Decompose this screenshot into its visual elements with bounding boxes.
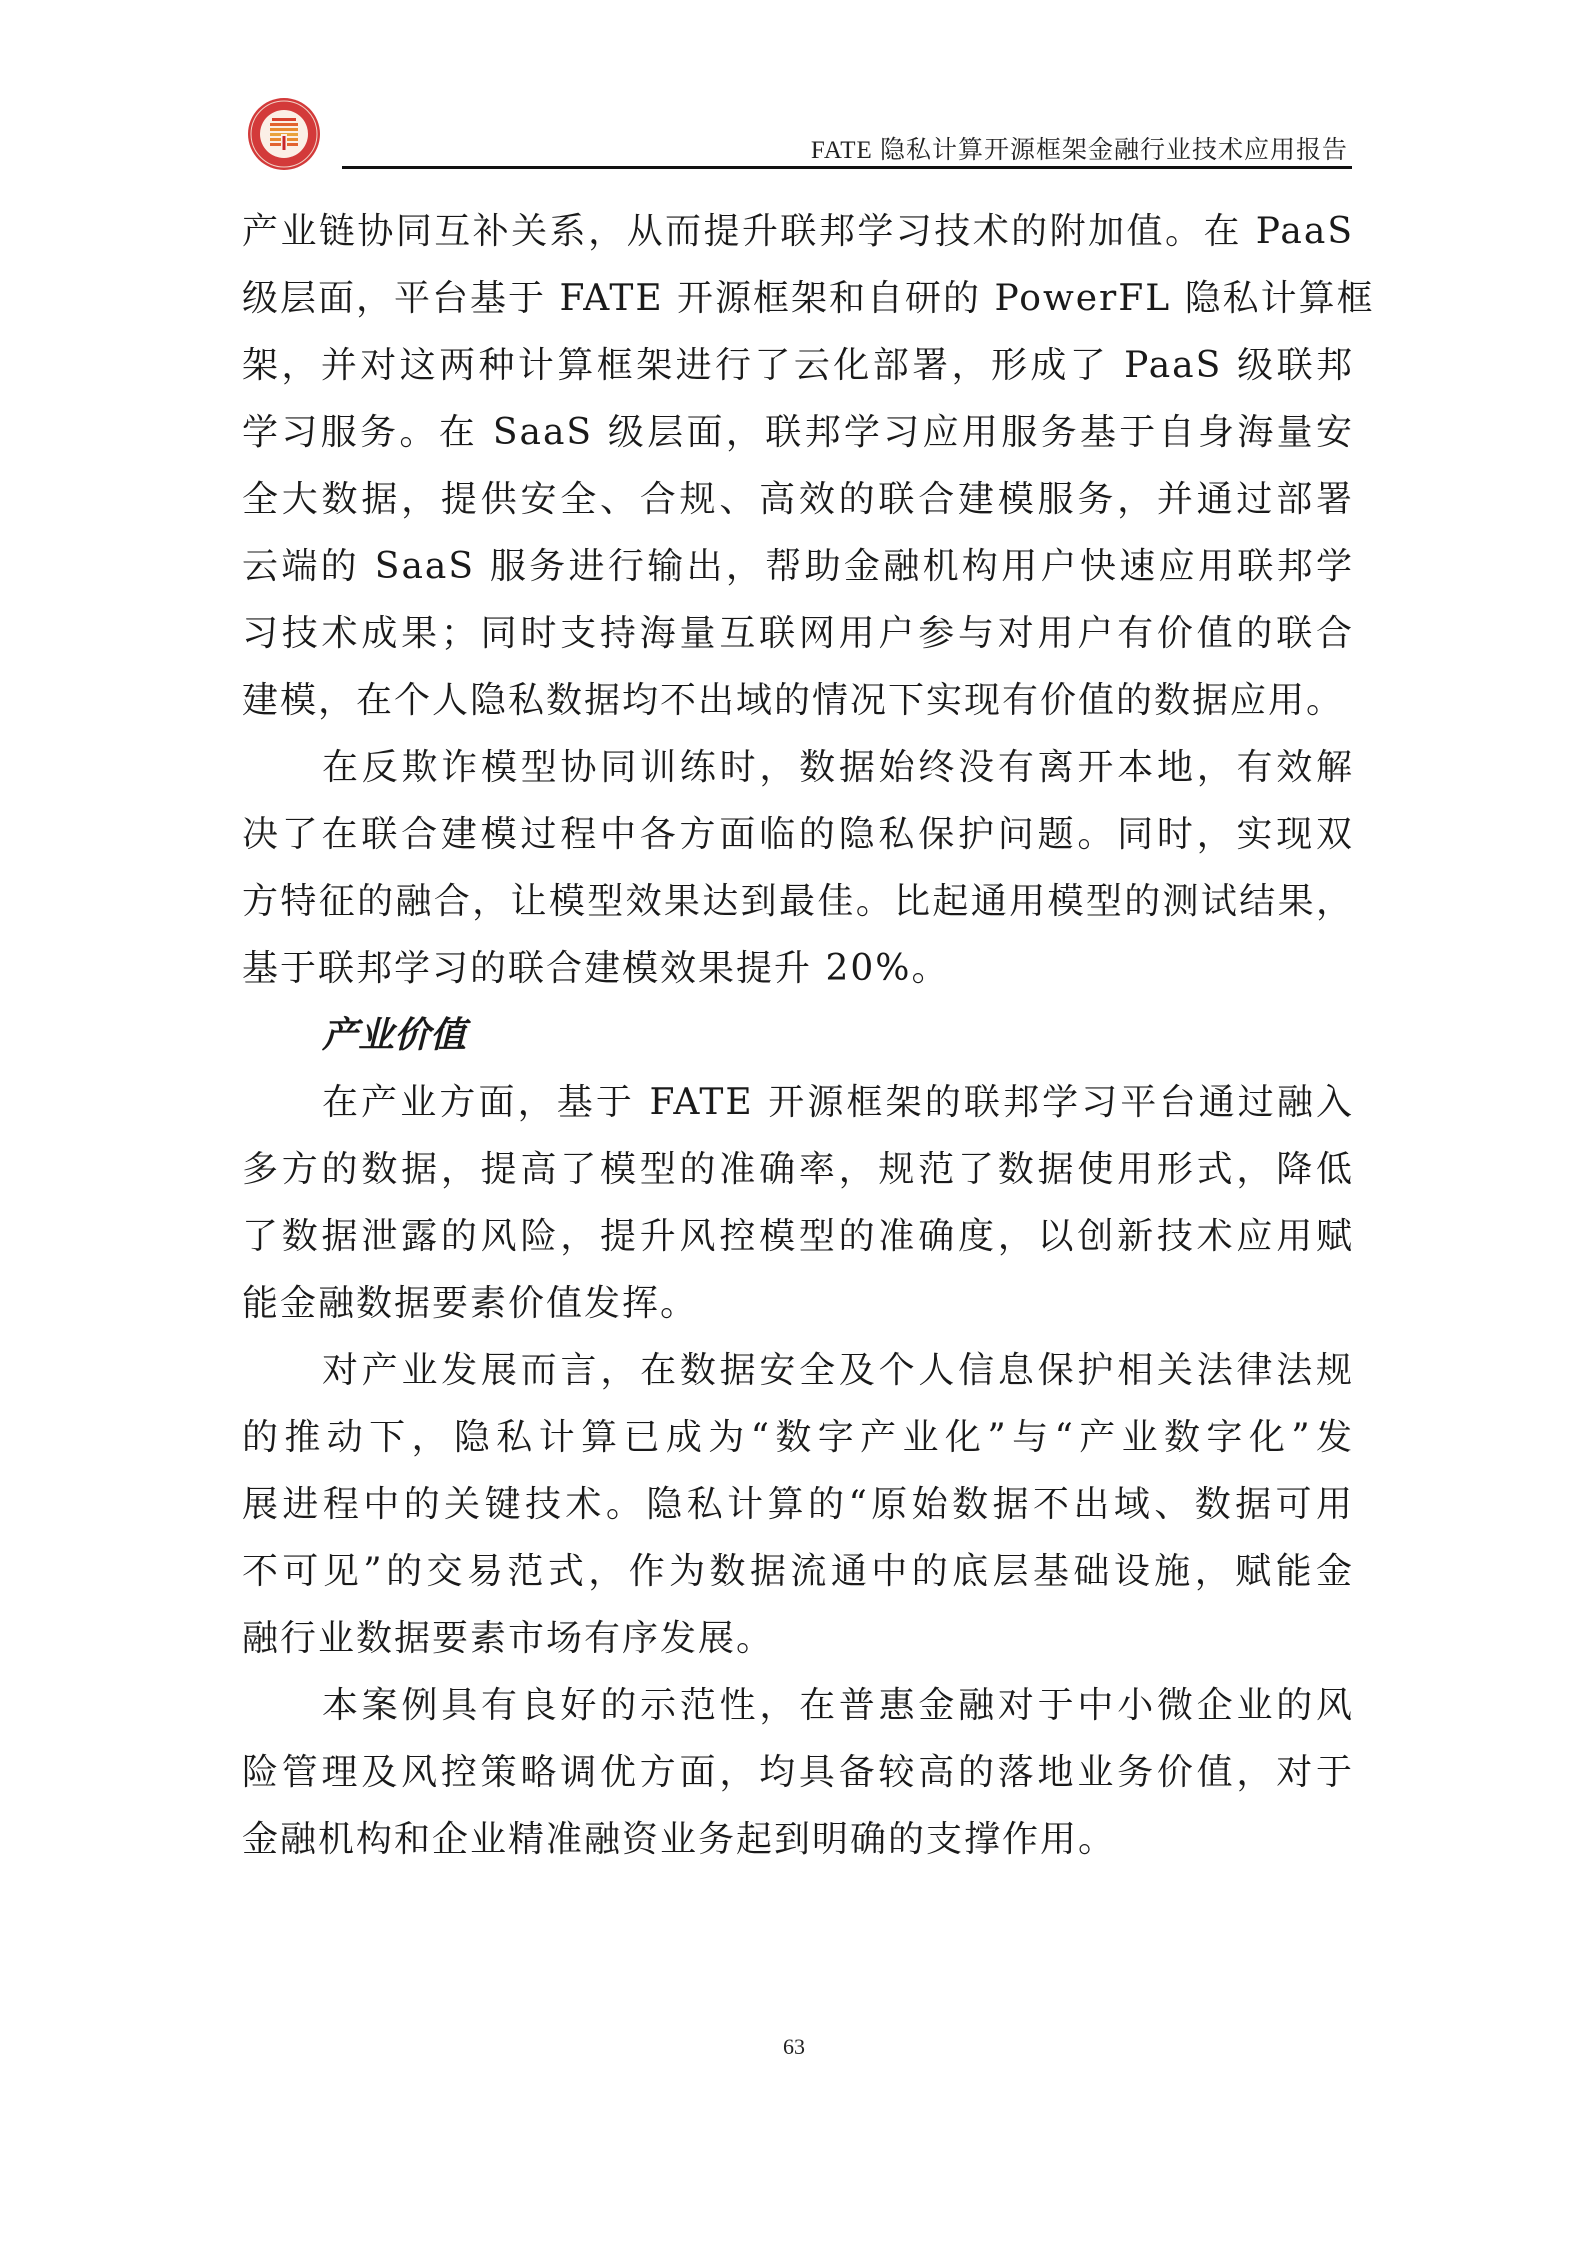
text-line: 习技术成果；同时支持海量互联网用户参与对用户有价值的联合 [242, 600, 1354, 667]
text-line: 在反欺诈模型协同训练时，数据始终没有离开本地，有效解 [242, 734, 1354, 801]
association-seal-logo [246, 96, 322, 172]
text-line: 决了在联合建模过程中各方面临的隐私保护问题。同时，实现双 [242, 801, 1354, 868]
paragraph-anti-fraud: 在反欺诈模型协同训练时，数据始终没有离开本地，有效解 决了在联合建模过程中各方面… [242, 734, 1354, 1002]
text-line: 金融机构和企业精准融资业务起到明确的支撑作用。 [242, 1806, 1354, 1873]
document-body: 产业链协同互补关系，从而提升联邦学习技术的附加值。在 PaaS 级层面，平台基于… [242, 198, 1354, 1873]
text-line: 的推动下，隐私计算已成为“数字产业化”与“产业数字化”发 [242, 1404, 1354, 1471]
text-line: 融行业数据要素市场有序发展。 [242, 1605, 1354, 1672]
text-line: 基于联邦学习的联合建模效果提升 20%。 [242, 935, 1354, 1002]
text-line: 方特征的融合，让模型效果达到最佳。比起通用模型的测试结果， [242, 868, 1354, 935]
text-line: 对产业发展而言，在数据安全及个人信息保护相关法律法规 [242, 1337, 1354, 1404]
text-line: 本案例具有良好的示范性，在普惠金融对于中小微企业的风 [242, 1672, 1354, 1739]
page-number: 63 [0, 2034, 1588, 2060]
text-line: 不可见”的交易范式，作为数据流通中的底层基础设施，赋能金 [242, 1538, 1354, 1605]
text-line: 产业链协同互补关系，从而提升联邦学习技术的附加值。在 PaaS [242, 198, 1354, 265]
text-line: 能金融数据要素价值发挥。 [242, 1270, 1354, 1337]
text-line: 建模，在个人隐私数据均不出域的情况下实现有价值的数据应用。 [242, 667, 1354, 734]
paragraph-industry-development: 对产业发展而言，在数据安全及个人信息保护相关法律法规 的推动下，隐私计算已成为“… [242, 1337, 1354, 1672]
paragraph-platform-services: 产业链协同互补关系，从而提升联邦学习技术的附加值。在 PaaS 级层面，平台基于… [242, 198, 1354, 734]
text-line: 全大数据，提供安全、合规、高效的联合建模服务，并通过部署 [242, 466, 1354, 533]
text-line: 学习服务。在 SaaS 级层面，联邦学习应用服务基于自身海量安 [242, 399, 1354, 466]
paragraph-case-demonstration: 本案例具有良好的示范性，在普惠金融对于中小微企业的风 险管理及风控策略调优方面，… [242, 1672, 1354, 1873]
text-line: 在产业方面，基于 FATE 开源框架的联邦学习平台通过融入 [242, 1069, 1354, 1136]
paragraph-industry-aspect: 在产业方面，基于 FATE 开源框架的联邦学习平台通过融入 多方的数据，提高了模… [242, 1069, 1354, 1337]
text-line: 云端的 SaaS 服务进行输出，帮助金融机构用户快速应用联邦学 [242, 533, 1354, 600]
header-divider [342, 166, 1352, 169]
text-line: 级层面，平台基于 FATE 开源框架和自研的 PowerFL 隐私计算框 [242, 265, 1354, 332]
text-line: 多方的数据，提高了模型的准确率，规范了数据使用形式，降低 [242, 1136, 1354, 1203]
report-header-title: FATE 隐私计算开源框架金融行业技术应用报告 [811, 130, 1348, 166]
text-line: 了数据泄露的风险，提升风控模型的准确度，以创新技术应用赋 [242, 1203, 1354, 1270]
text-line: 险管理及风控策略调优方面，均具备较高的落地业务价值，对于 [242, 1739, 1354, 1806]
text-line: 展进程中的关键技术。隐私计算的“原始数据不出域、数据可用 [242, 1471, 1354, 1538]
section-heading-industry-value: 产业价值 [242, 1002, 1354, 1069]
text-line: 架，并对这两种计算框架进行了云化部署，形成了 PaaS 级联邦 [242, 332, 1354, 399]
